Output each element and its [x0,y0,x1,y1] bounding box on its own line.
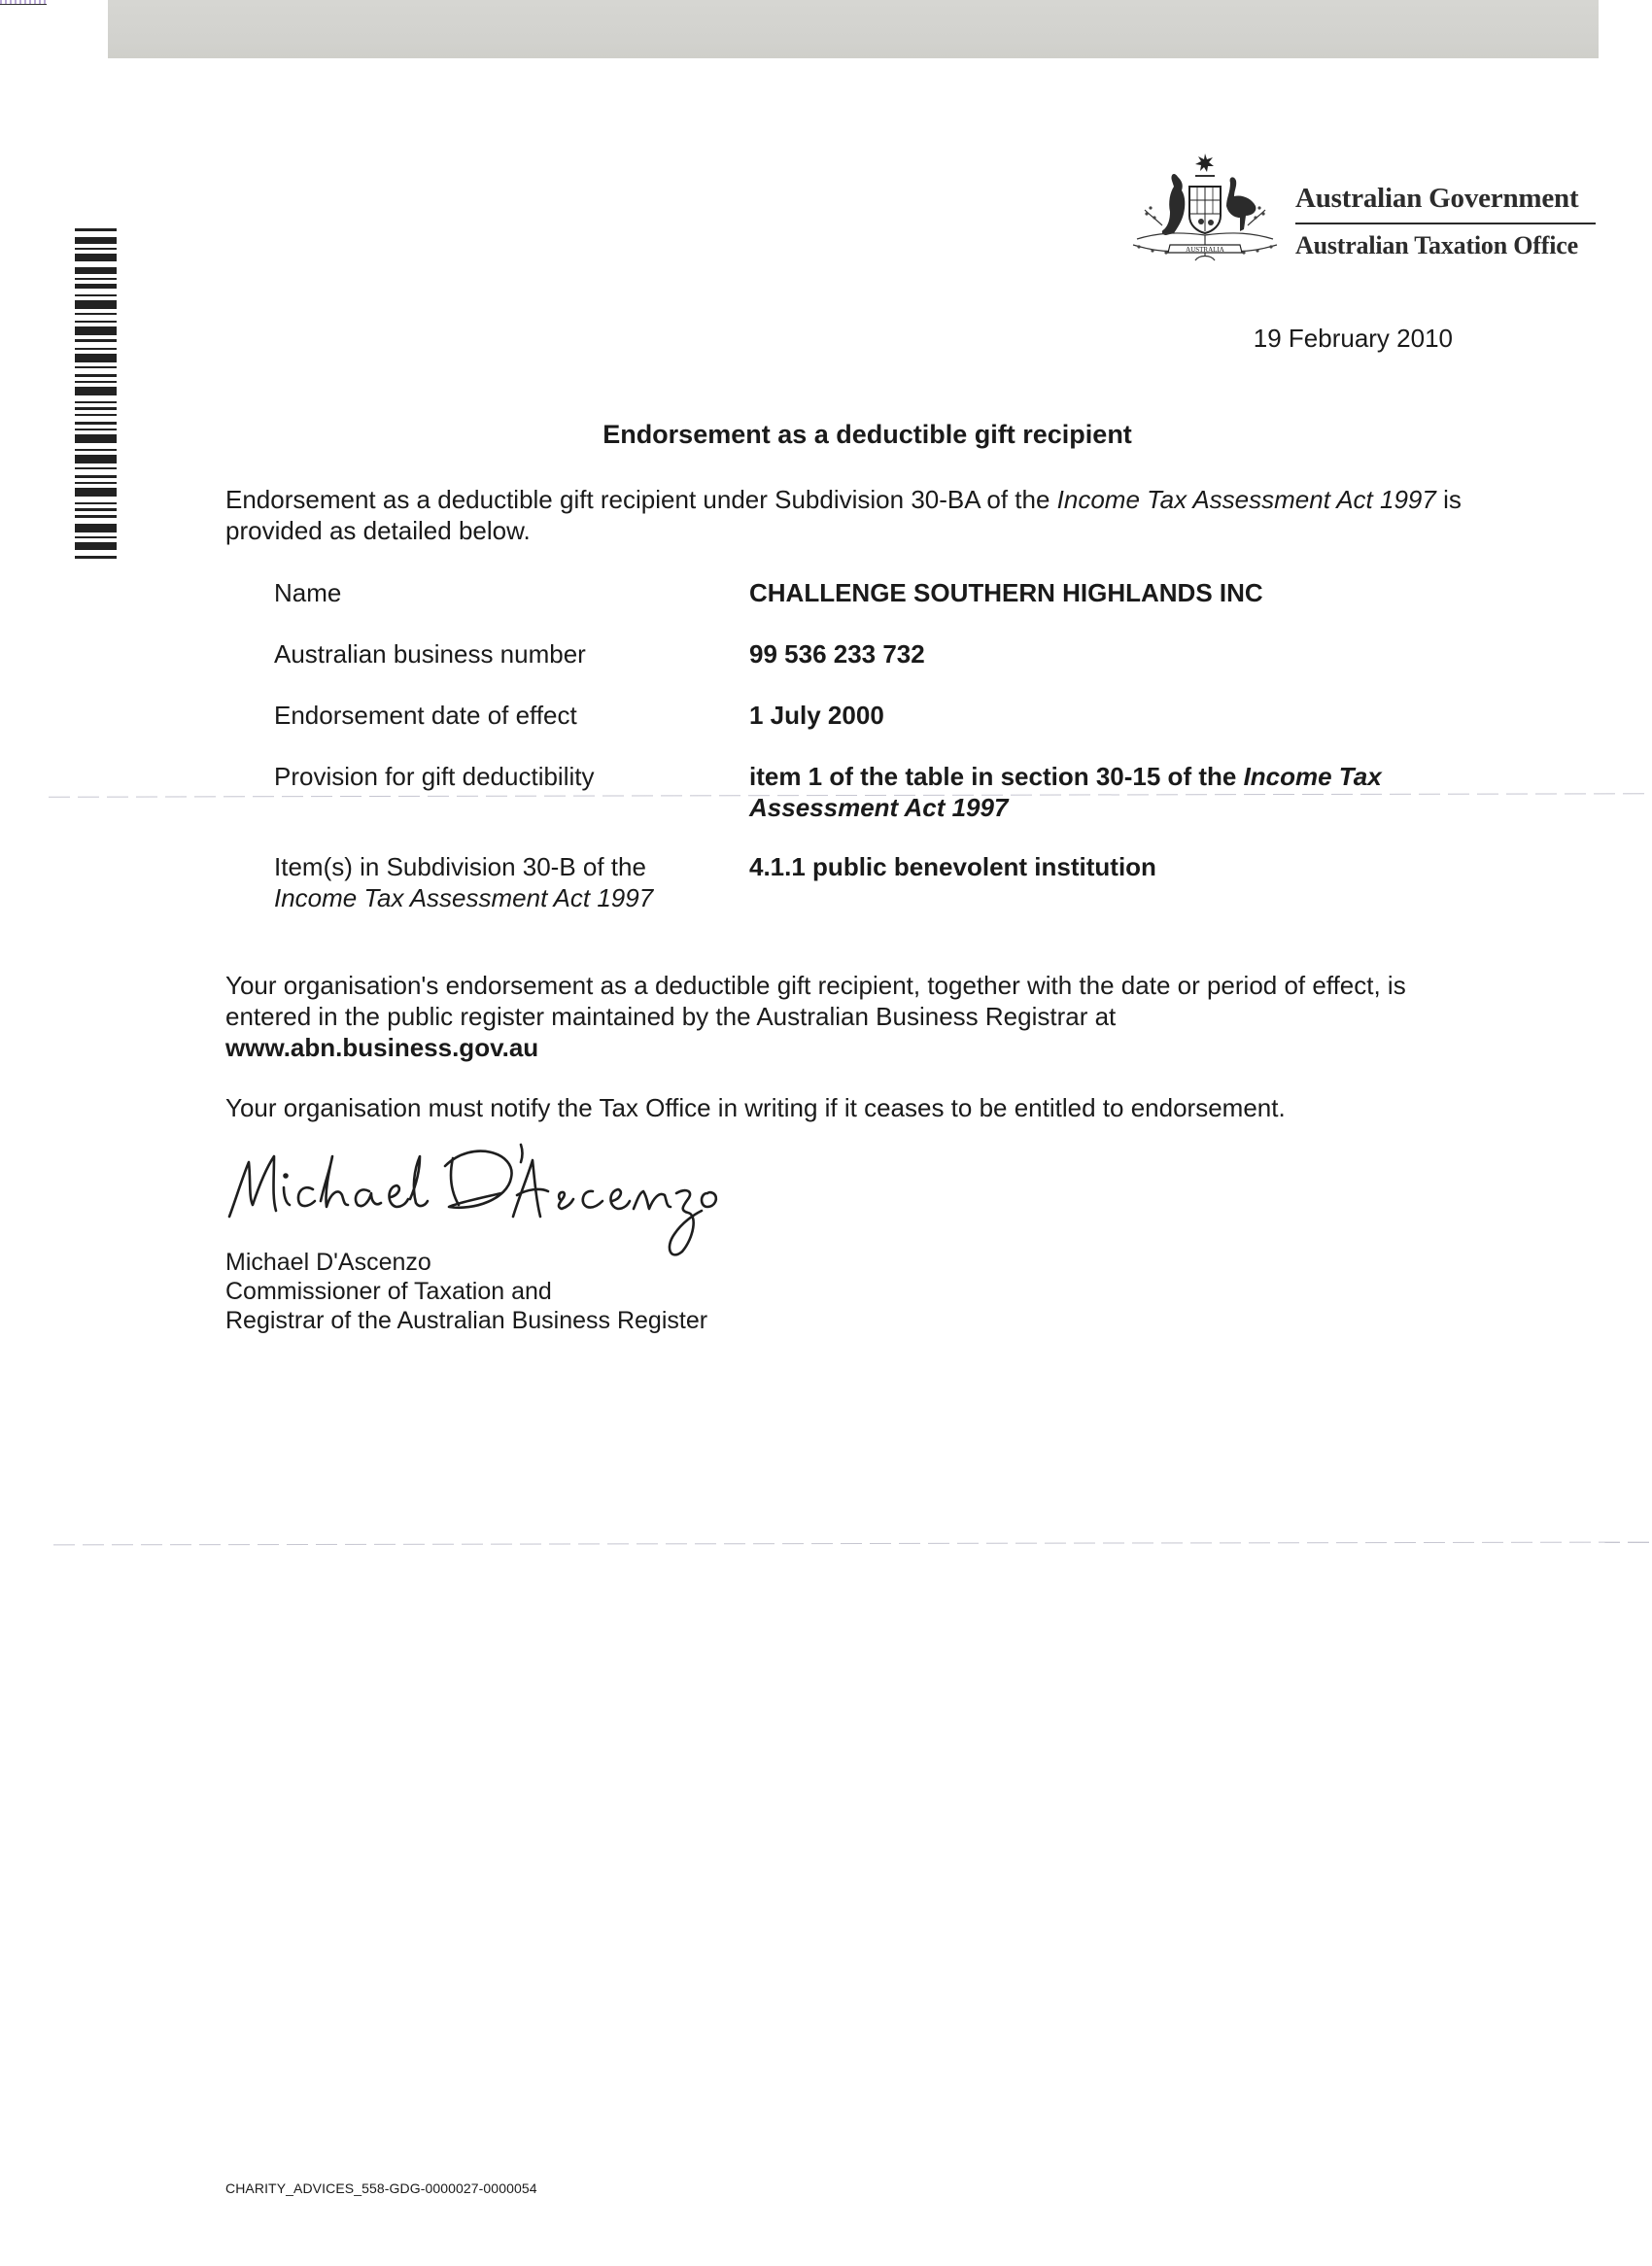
notify-paragraph: Your organisation must notify the Tax Of… [225,1092,1489,1123]
scan-top-shadow [108,0,1599,58]
commonwealth-coat-of-arms-icon: AUSTRALIA [1127,152,1283,270]
detail-row-items: Item(s) in Subdivision 30-B of the Incom… [274,851,1489,958]
organisation-name: Australian Government [1295,183,1578,215]
endorsement-details: Name CHALLENGE SOUTHERN HIGHLANDS INC Au… [274,577,1489,958]
abn-register-link[interactable]: www.abn.business.gov.au [225,1033,538,1062]
register-text: Your organisation's endorsement as a ded… [225,971,1406,1031]
intro-paragraph: Endorsement as a deductible gift recipie… [225,484,1489,546]
detail-row-name: Name CHALLENGE SOUTHERN HIGHLANDS INC [274,577,1489,638]
provision-text: item 1 of the table in section 30-15 of … [749,762,1244,791]
detail-value-abn: 99 536 233 732 [749,638,1449,700]
intro-text: Endorsement as a deductible gift recipie… [225,485,1057,514]
barcode-icon [75,228,117,534]
detail-row-date-of-effect: Endorsement date of effect 1 July 2000 [274,700,1489,761]
detail-label: Item(s) in Subdivision 30-B of the Incom… [274,851,663,958]
register-paragraph: Your organisation's endorsement as a ded… [225,970,1489,1063]
detail-row-provision: Provision for gift deductibility item 1 … [274,761,1489,851]
detail-label: Provision for gift deductibility [274,761,749,851]
signatory-block: Michael D'Ascenzo Commissioner of Taxati… [225,1248,707,1335]
act-name: Income Tax Assessment Act 1997 [274,883,653,912]
document-title: Endorsement as a deductible gift recipie… [0,420,1652,450]
detail-value-date-of-effect: 1 July 2000 [749,700,1449,761]
letterhead-divider [1295,223,1596,224]
detail-label: Name [274,577,749,638]
act-name: Income Tax Assessment Act 1997 [1057,485,1436,514]
letter-date: 19 February 2010 [1254,324,1453,354]
items-label-text: Item(s) in Subdivision 30-B of the [274,852,646,881]
detail-label: Endorsement date of effect [274,700,749,761]
signatory-title: Commissioner of Taxation and [225,1277,707,1306]
detail-value-provision: item 1 of the table in section 30-15 of … [749,761,1449,851]
detail-value-items: 4.1.1 public benevolent institution [749,851,1449,958]
signatory-title: Registrar of the Australian Business Reg… [225,1306,707,1335]
detail-value-organisation-name: CHALLENGE SOUTHERN HIGHLANDS INC [749,577,1449,638]
scan-corner-mark [0,0,47,5]
signatory-name: Michael D'Ascenzo [225,1248,707,1277]
detail-row-abn: Australian business number 99 536 233 73… [274,638,1489,700]
fold-line [53,1542,1652,1546]
document-reference: CHARITY_ADVICES_558-GDG-0000027-0000054 [225,2180,537,2196]
agency-name: Australian Taxation Office [1295,231,1578,260]
detail-label: Australian business number [274,638,749,700]
svg-text:AUSTRALIA: AUSTRALIA [1186,246,1224,254]
